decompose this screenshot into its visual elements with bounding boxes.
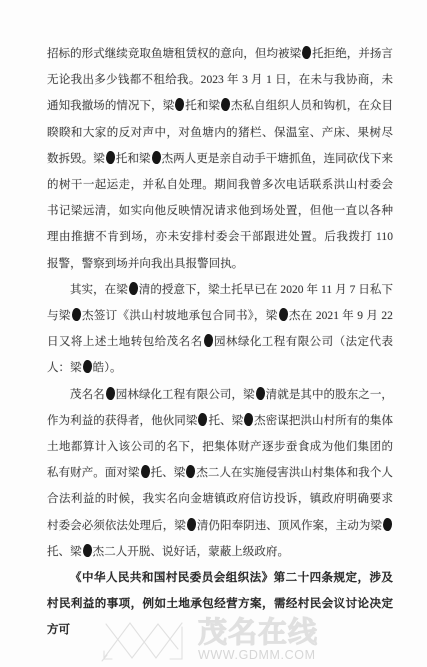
redaction-mark <box>186 465 195 478</box>
text-run: 托、梁 <box>47 546 82 558</box>
redaction-mark <box>278 308 287 321</box>
text-run: 茂名名 <box>70 389 105 401</box>
redaction-mark <box>255 386 264 399</box>
redaction-mark <box>244 413 253 426</box>
redaction-mark <box>175 98 184 111</box>
redaction-mark <box>129 282 138 295</box>
text-run: 杰两人更是亲自动手干塘抓鱼，连同砍伐下来的树干一起运走，并私自处理。期间我曾多次… <box>47 153 393 270</box>
text-run: 杰签订《洪山村坡地承包合同书》，梁 <box>82 310 278 322</box>
redaction-mark <box>198 413 207 426</box>
text-run: 皓）。 <box>93 362 122 374</box>
text-run: 园林绿化工程有限公司，梁 <box>116 389 255 401</box>
document-body: 招标的形式继续竞取鱼塘租赁权的意向，但均被梁托拒绝，并扬言无论我出多少钱都不租给… <box>47 41 393 644</box>
redaction-mark <box>187 518 196 531</box>
text-run: 杰二人开脱、说好话，蒙蔽上级政府。 <box>93 546 289 558</box>
redaction-mark <box>140 465 149 478</box>
redaction-mark <box>82 544 91 557</box>
paragraph: 招标的形式继续竞取鱼塘租赁权的意向，但均被梁托拒绝，并扬言无论我出多少钱都不租给… <box>47 41 393 277</box>
redaction-mark <box>383 518 392 531</box>
text-run: 招标的形式继续竞取鱼塘租赁权的意向，但均被梁 <box>47 48 301 60</box>
redaction-mark <box>151 151 160 164</box>
watermark-site-url: WWW.GDMM.COM <box>198 649 318 662</box>
redaction-mark <box>302 46 311 59</box>
redaction-mark <box>203 334 212 347</box>
text-run: 托、梁 <box>151 467 186 479</box>
redaction-mark <box>71 308 80 321</box>
paragraph: 《中华人民共和国村民委员会组织法》第二十四条规定，涉及村民利益的事项，例如土地承… <box>47 565 393 644</box>
paragraph: 其实，在梁清的授意下，梁土托早已在 2020 年 11 月 7 日私下与梁杰签订… <box>47 277 393 382</box>
redaction-mark <box>106 151 115 164</box>
paragraph: 茂名名园林绿化工程有限公司，梁清就是其中的股东之一，作为利益的获得者，他伙同梁托… <box>47 382 393 565</box>
text-run: 托、梁 <box>208 415 243 427</box>
text-run: 《中华人民共和国村民委员会组织法》第二十四条规定，涉及村民利益的事项，例如土地承… <box>47 572 393 636</box>
redaction-mark <box>82 360 91 373</box>
document-page: 招标的形式继续竞取鱼塘租赁权的意向，但均被梁托拒绝，并扬言无论我出多少钱都不租给… <box>0 0 427 667</box>
redaction-mark <box>106 386 115 399</box>
text-run: 其实，在梁 <box>70 284 128 296</box>
text-run: 清仍阳奉阴违、顶风作案，主动为梁 <box>197 520 382 532</box>
redaction-mark <box>221 98 230 111</box>
text-run: 托和梁 <box>116 153 151 165</box>
text-run: 托和梁 <box>185 100 220 112</box>
